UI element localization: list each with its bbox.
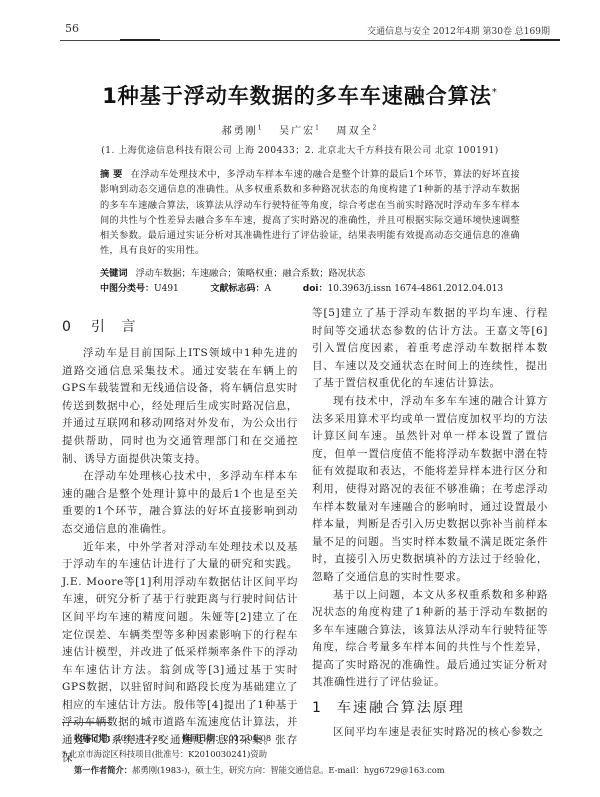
keywords: 关键词浮动车数据；车速融合；策略权重；融合系数；路况状态: [100, 265, 520, 279]
classification-line: 中图分类号：U491 文献标志码：A doi：10.3963/j.issn 16…: [100, 281, 540, 294]
section-heading-1: 1车速融合算法原理: [312, 698, 548, 718]
section-title: 车速融合算法原理: [337, 700, 465, 716]
journal-info: 交通信息与安全 2012年4期 第30卷 总169期: [367, 24, 550, 37]
left-column: 0引 言 浮动车是目前国际上ITS领域中1种先进的道路交通信息采集技术。通过安装…: [62, 317, 298, 767]
keywords-label: 关键词: [100, 268, 128, 279]
bio-label: 第一作者简介：: [74, 765, 132, 775]
doc-code-label: 文献标志码：: [211, 284, 265, 294]
body-paragraph: 等[5]建立了基于浮动车数据的平均车速、行程时间等交通状态参数的估计方法。王嘉文…: [312, 305, 548, 393]
section-heading-intro: 0引 言: [62, 317, 298, 337]
author-affiliation-mark: 1: [315, 125, 321, 132]
footnote-author-bio: 第一作者简介：郝勇刚(1983-)，硕士生，研究方向：智能交通信息。E-mail…: [62, 762, 582, 778]
running-header: 56 交通信息与安全 2012年4期 第30卷 总169期: [60, 22, 560, 44]
author-affiliation-mark: 1: [258, 125, 264, 132]
header-rule-accent-right: [520, 39, 560, 41]
section-number: 1: [312, 700, 323, 716]
body-paragraph: 浮动车是目前国际上ITS领域中1种先进的道路交通信息采集技术。通过安装在车辆上的…: [62, 345, 298, 468]
page-number: 56: [65, 22, 79, 35]
received-label: 收稿日期：: [74, 733, 116, 743]
affiliations: (1. 上海优途信息科技有限公司 上海 200433；2. 北京北大千方科技有限…: [0, 143, 600, 156]
author-name: 郝勇刚: [222, 126, 258, 137]
author-affiliation-mark: 2: [372, 125, 378, 132]
body-paragraph: 基于以上问题，本文从多权重系数和多种路况状态的角度构建了1种新的基于浮动车数据的…: [312, 587, 548, 693]
article-title-text: 1种基于浮动车数据的多车车速融合算法: [102, 84, 492, 108]
keywords-text: 浮动车数据；车速融合；策略权重；融合系数；路况状态: [136, 268, 366, 279]
footnote-funding: * 北京市海淀区科技项目(批准号：K2010030241)资助: [62, 746, 582, 762]
revised-date: 2012-04-08: [223, 733, 271, 743]
footnote-dates: 收稿日期：2011-12-28 修回日期：2012-04-08: [62, 730, 582, 746]
author-name: 周双全: [336, 126, 372, 137]
footnotes: 收稿日期：2011-12-28 修回日期：2012-04-08 * 北京市海淀区…: [62, 730, 582, 778]
body-paragraph: 现有技术中，浮动车多车车速的融合计算方法多采用算术平均或单一置信度加权平均的方法…: [312, 393, 548, 587]
author-name: 吴广宏: [279, 126, 315, 137]
doc-code-value: A: [265, 284, 272, 294]
right-column: 等[5]建立了基于浮动车数据的平均车速、行程时间等交通状态参数的估计方法。王嘉文…: [312, 305, 548, 742]
section-number: 0: [62, 319, 77, 335]
doi-label: doi：: [303, 284, 328, 294]
revised-label: 修回日期：: [182, 733, 224, 743]
abstract: 摘 要在浮动车处理技术中，多浮动车样本车速的融合是整个计算的最后1个环节，算法的…: [100, 167, 520, 259]
abstract-text: 在浮动车处理技术中，多浮动车样本车速的融合是整个计算的最后1个环节，算法的好坏直…: [100, 169, 520, 256]
title-footnote-mark: *: [492, 87, 498, 98]
bio-text: 郝勇刚(1983-)，硕士生，研究方向：智能交通信息。E-mail：hyg672…: [132, 765, 445, 775]
header-rule-accent-left: [120, 39, 160, 41]
abstract-label: 摘 要: [100, 169, 123, 180]
clc-value: U491: [154, 284, 179, 294]
clc-label: 中图分类号：: [100, 284, 154, 294]
received-date: 2011-12-28: [116, 733, 164, 743]
article-title: 1种基于浮动车数据的多车车速融合算法*: [0, 80, 600, 110]
doi-value: 10.3963/j.issn 1674-4861.2012.04.013: [328, 284, 504, 294]
body-paragraph: 在浮动车处理核心技术中，多浮动车样本车速的融合是整个处理计算中的最后1个也是至关…: [62, 468, 298, 538]
section-title: 引 言: [91, 319, 141, 335]
author-list: 郝勇刚1 吴广宏1 周双全2: [0, 122, 600, 137]
footnote-rule: [62, 722, 112, 723]
